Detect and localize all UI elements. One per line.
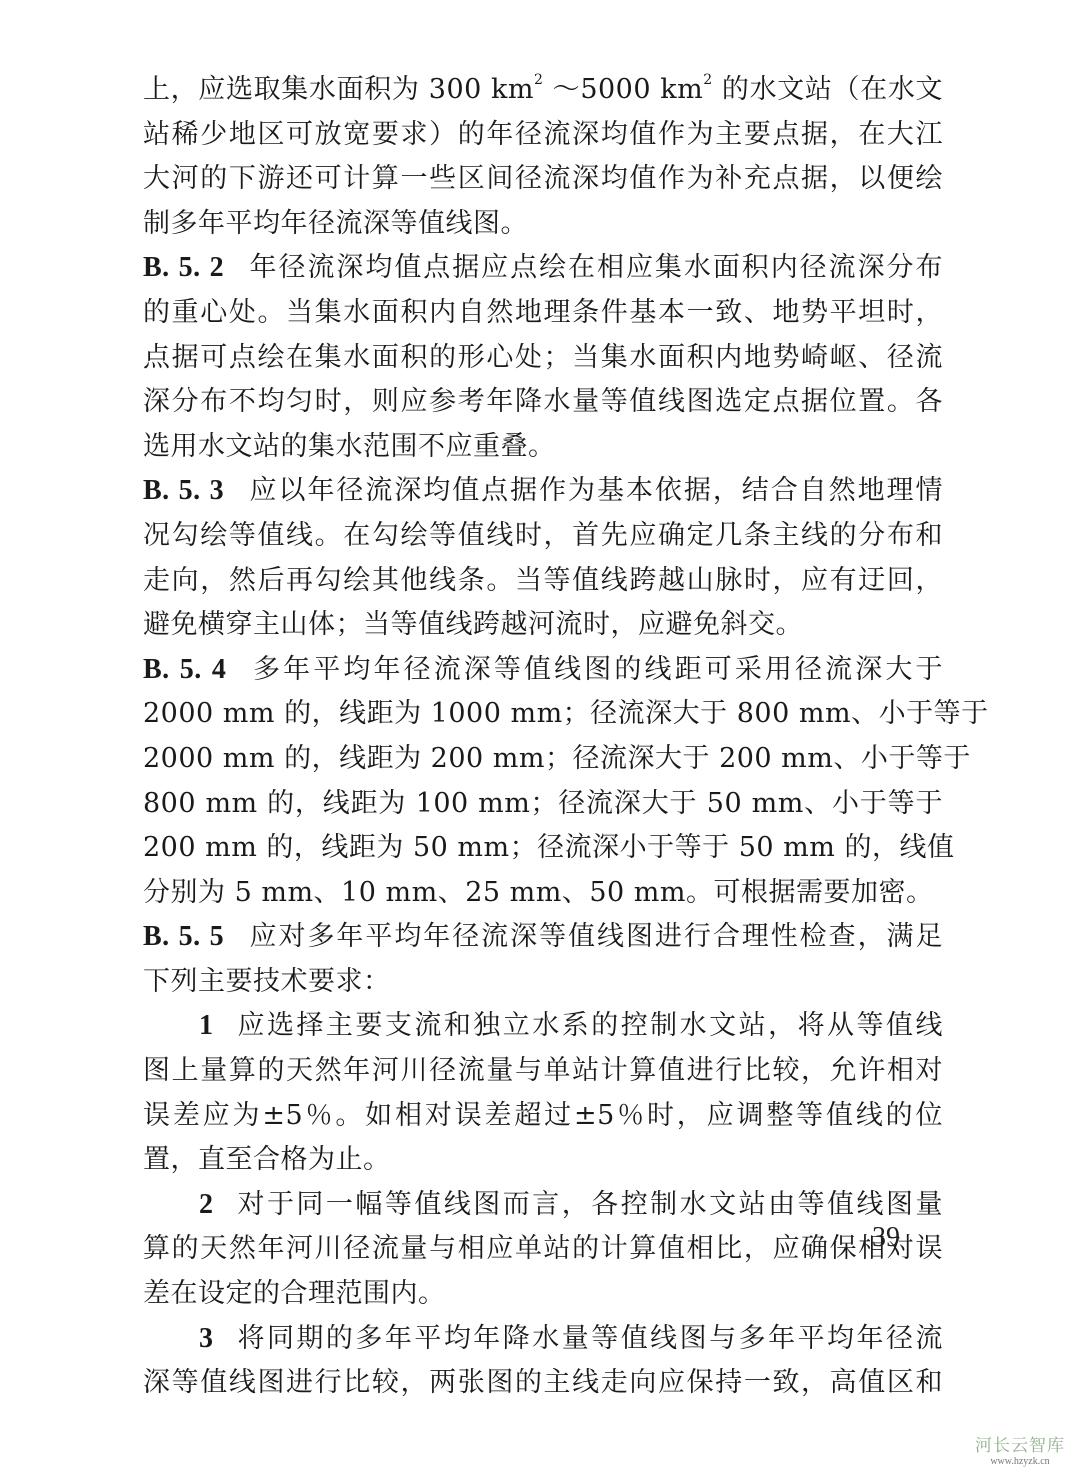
text-line: 避免横穿主山体；当等值线跨越河流时，应避免斜交。 (143, 603, 943, 648)
text-line: 深等值线图进行比较，两张图的主线走向应保持一致，高值区和 (143, 1361, 943, 1406)
list-item-1: 1应选择主要支流和独立水系的控制水文站，将从等值线 (143, 1004, 943, 1049)
text-line: 算的天然年河川径流量与相应单站的计算值相比，应确保相对误 (143, 1227, 943, 1272)
text-line: 大河的下游还可计算一些区间径流深均值作为补充点据，以便绘 (143, 157, 943, 202)
watermark: 河长云智库 www.hzyzk.cn (970, 1436, 1070, 1468)
text-line: 况勾绘等值线。在勾绘等值线时，首先应确定几条主线的分布和 (143, 514, 943, 559)
text-line: 选用水文站的集水范围不应重叠。 (143, 425, 943, 470)
text-line: 制多年平均年径流深等值线图。 (143, 202, 943, 247)
text-line: 走向，然后再勾绘其他线条。当等值线跨越山脉时，应有迂回， (143, 559, 943, 604)
clause-number: B. 5. 4 (143, 654, 226, 685)
list-item-2: 2对于同一幅等值线图而言，各控制水文站由等值线图量 (143, 1183, 943, 1228)
text-line: 点据可点绘在集水面积的形心处；当集水面积内地势崎岖、径流 (143, 336, 943, 381)
text-line: 800 mm 的，线距为 100 mm；径流深大于 50 mm、小于等于 (143, 782, 943, 827)
text-line: 上，应选取集水面积为 300 km2 ～5000 km2 的水文站（在水文 (143, 68, 943, 113)
item-number: 1 (199, 1010, 214, 1041)
text-line: 的重心处。当集水面积内自然地理条件基本一致、地势平坦时， (143, 291, 943, 336)
clause-b55: B. 5. 5应对多年平均年径流深等值线图进行合理性检查，满足 (143, 915, 943, 960)
text-line: 误差应为±5％。如相对误差超过±5％时，应调整等值线的位 (143, 1094, 943, 1139)
clause-b53: B. 5. 3应以年径流深均值点据作为基本依据，结合自然地理情 (143, 469, 943, 514)
clause-b54: B. 5. 4多年平均年径流深等值线图的线距可采用径流深大于 (143, 648, 943, 693)
document-body: 上，应选取集水面积为 300 km2 ～5000 km2 的水文站（在水文 站稀… (143, 68, 943, 1406)
text-line: 2000 mm 的，线距为 200 mm；径流深大于 200 mm、小于等于 (143, 737, 943, 782)
clause-number: B. 5. 3 (143, 475, 224, 506)
text-line: 下列主要技术要求： (143, 960, 943, 1005)
text-line: 置，直至合格为止。 (143, 1138, 943, 1183)
item-number: 3 (199, 1323, 214, 1354)
page-number: 39 (872, 1222, 900, 1254)
list-item-3: 3将同期的多年平均年降水量等值线图与多年平均年径流 (143, 1317, 943, 1362)
clause-number: B. 5. 2 (143, 252, 224, 283)
text-line: 差在设定的合理范围内。 (143, 1272, 943, 1317)
watermark-name: 河长云智库 (970, 1436, 1070, 1456)
clause-b52: B. 5. 2年径流深均值点据应点绘在相应集水面积内径流深分布 (143, 246, 943, 291)
text-line: 分别为 5 mm、10 mm、25 mm、50 mm。可根据需要加密。 (143, 871, 943, 916)
watermark-url: www.hzyzk.cn (970, 1456, 1070, 1468)
item-number: 2 (199, 1189, 214, 1220)
text-line: 深分布不均匀时，则应参考年降水量等值线图选定点据位置。各 (143, 380, 943, 425)
text-line: 200 mm 的，线距为 50 mm；径流深小于等于 50 mm 的，线值 (143, 826, 943, 871)
text-line: 站稀少地区可放宽要求）的年径流深均值作为主要点据，在大江 (143, 113, 943, 158)
text-line: 图上量算的天然年河川径流量与单站计算值进行比较，允许相对 (143, 1049, 943, 1094)
text-line: 2000 mm 的，线距为 1000 mm；径流深大于 800 mm、小于等于 (143, 692, 943, 737)
clause-number: B. 5. 5 (143, 921, 224, 952)
